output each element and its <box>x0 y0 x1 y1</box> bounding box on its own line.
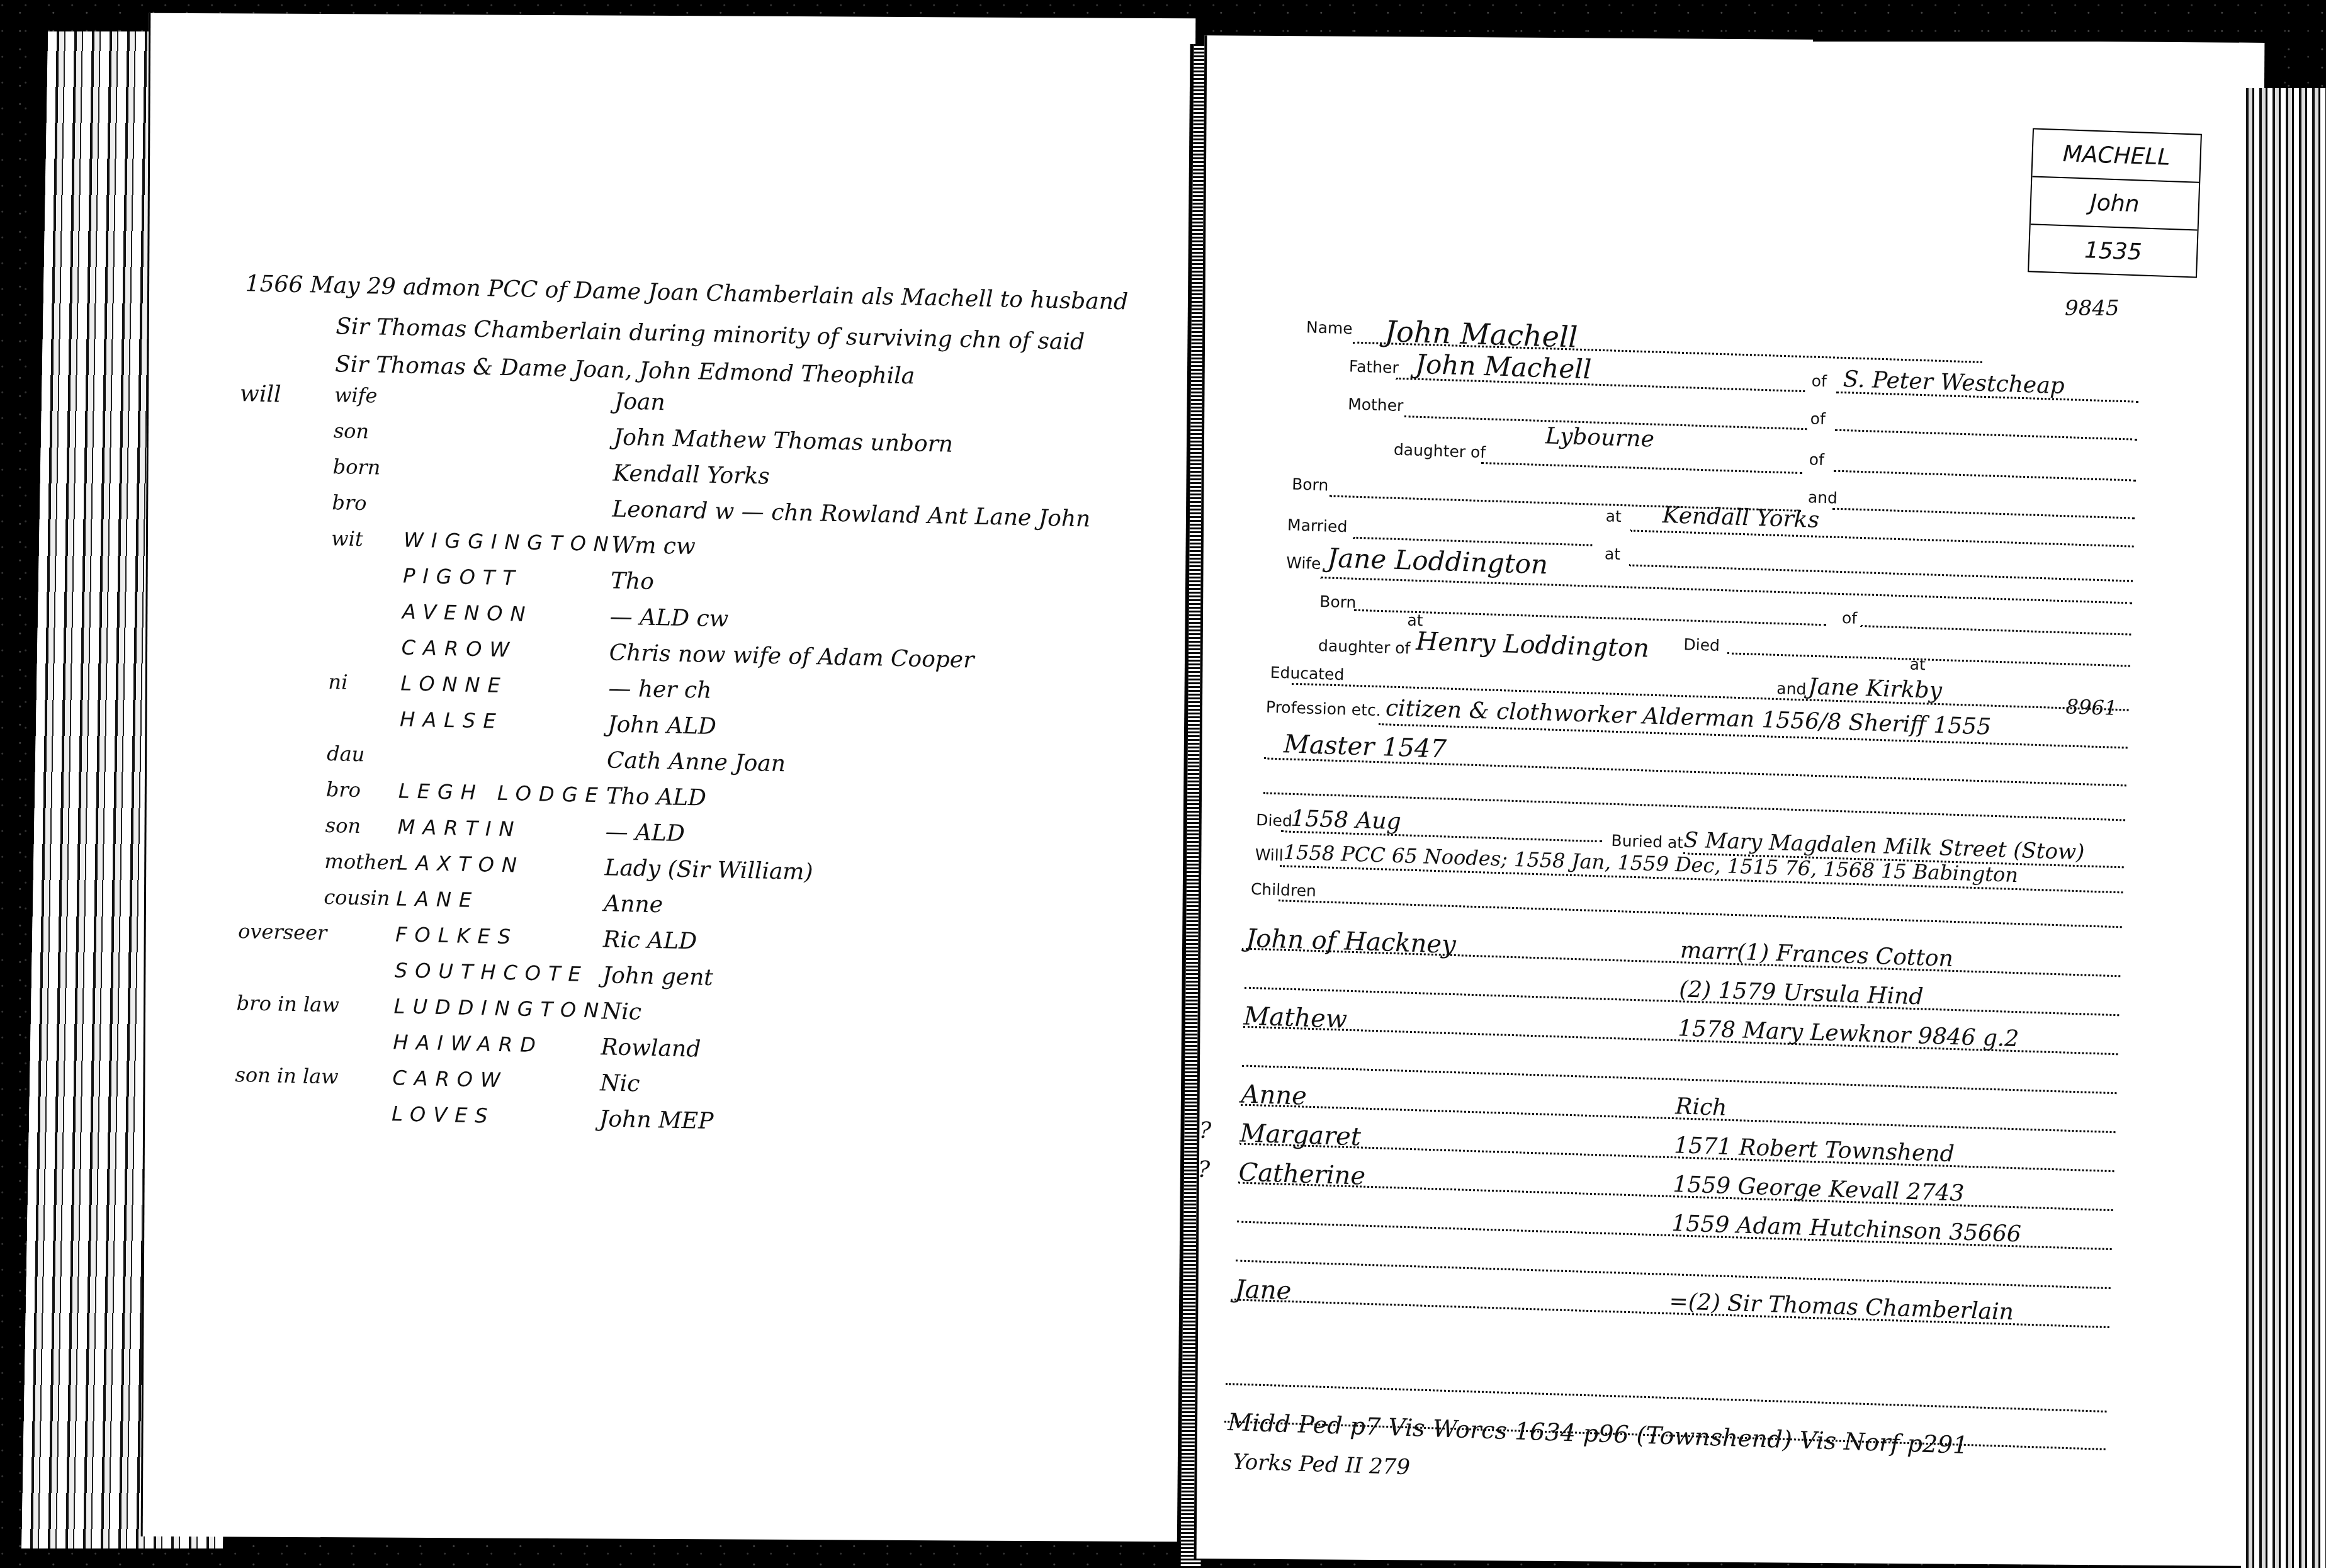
died-value: 1558 Aug <box>1290 806 1401 835</box>
mother-maiden-name: Lybourne <box>1545 423 1654 452</box>
of-label: of <box>1809 450 1824 469</box>
entry-surname: MARTIN <box>397 815 521 841</box>
child-name: Mathew <box>1243 1002 1348 1034</box>
entry-surname: WIGGINGTON <box>404 528 616 556</box>
entry-detail: Wm cw <box>611 532 696 560</box>
entry-detail: John ALD <box>607 711 717 740</box>
father-label: Father <box>1349 357 1399 376</box>
entry-surname: LEGH LODGE <box>398 779 606 807</box>
father-value: John Machell <box>1414 349 1591 385</box>
wife-label: Wife <box>1286 553 1321 573</box>
entry-surname: HALSE <box>400 708 504 733</box>
index-forename: John <box>2031 177 2199 230</box>
entry-surname: FOLKES <box>395 922 519 949</box>
born-at-value: Kendall Yorks <box>1662 502 1819 533</box>
entry-relation: cousin <box>324 885 390 910</box>
child-name: Anne <box>1241 1080 1307 1111</box>
married-label: Married <box>1287 516 1348 536</box>
entry-surname: HAIWARD <box>393 1030 543 1057</box>
entry-detail: Nic <box>600 1070 640 1097</box>
and-label: and <box>1776 679 1807 698</box>
and-label: and <box>1807 488 1838 507</box>
educated-ref: 8961 <box>2065 694 2118 720</box>
entry-relation: bro <box>326 777 361 802</box>
buried-label: Buried at <box>1611 832 1683 852</box>
child-name: Jane <box>1234 1275 1292 1306</box>
entry-relation: wife <box>334 383 378 407</box>
reference-number: 9845 <box>2065 296 2120 321</box>
name-label: Name <box>1306 318 1353 337</box>
entry-surname: LANE <box>396 886 480 912</box>
wife-born-label: Born <box>1319 592 1357 612</box>
entry-surname: AVENON <box>402 600 533 626</box>
entry-detail: Rowland <box>601 1034 701 1062</box>
child-name: Catherine <box>1238 1158 1366 1190</box>
entry-detail: Tho ALD <box>606 783 706 811</box>
page-top-edge <box>1813 39 2254 42</box>
right-page-edges <box>2241 88 2326 1568</box>
entry-detail: Ric ALD <box>603 927 697 954</box>
entry-relation: bro <box>332 490 367 515</box>
will-label: Will <box>1255 845 1284 864</box>
entry-surname: SOUTHCOTE <box>395 958 589 986</box>
entry-relation: son <box>334 419 370 443</box>
entry-detail: Lady (Sir William) <box>604 855 813 885</box>
entry-detail: John MEP <box>599 1106 714 1134</box>
wife-daughter-of-label: daughter of <box>1318 636 1411 658</box>
index-surname: MACHELL <box>2032 129 2200 183</box>
entry-relation: born <box>332 454 380 480</box>
profession-label: Profession etc. <box>1266 697 1382 719</box>
entry-surname: LAXTON <box>397 850 524 877</box>
of-label: of <box>1810 409 1826 428</box>
entry-relation: mother <box>324 849 398 874</box>
entry-detail: Kendall Yorks <box>613 461 770 490</box>
entry-detail: Cath Anne Joan <box>607 747 786 777</box>
at-label: at <box>1604 544 1620 563</box>
entry-relation: overseer <box>238 919 327 945</box>
name-value: John Machell <box>1384 314 1578 354</box>
entry-detail: — ALD <box>605 819 685 847</box>
child-uncertain-mark: ? <box>1197 1156 1211 1183</box>
entry-relation: son in law <box>235 1063 339 1088</box>
of-label: of <box>1811 371 1827 390</box>
child-name: Margaret <box>1239 1119 1362 1151</box>
entry-detail: — ALD cw <box>609 604 728 632</box>
mother-label: Mother <box>1348 395 1404 415</box>
entry-detail: Anne <box>604 891 663 918</box>
educated-and-value: Jane Kirkby <box>1808 674 1943 704</box>
entry-surname: CAROW <box>392 1066 508 1092</box>
entry-surname: LOVES <box>392 1102 495 1127</box>
at-label: at <box>1909 655 1926 674</box>
died-label: Died <box>1683 635 1720 655</box>
entry-surname: PIGOTT <box>403 564 523 590</box>
born-label: Born <box>1292 475 1329 495</box>
entry-detail: — her ch <box>608 675 712 703</box>
entry-detail: John gent <box>602 962 713 991</box>
entry-relation: ni <box>328 670 348 694</box>
entry-surname: LUDDINGTON <box>393 994 606 1022</box>
died-label: Died <box>1256 811 1292 830</box>
of-label: of <box>1841 609 1857 628</box>
entry-surname: LONNE <box>400 672 508 698</box>
at-label: at <box>1605 507 1622 526</box>
entry-relation: dau <box>327 742 365 766</box>
entry-detail: Joan <box>614 389 666 416</box>
entry-relation: bro in law <box>236 991 339 1017</box>
index-box: MACHELL John 1535 <box>2028 128 2202 278</box>
entry-detail: Tho <box>611 568 655 594</box>
entry-surname: CAROW <box>401 636 517 662</box>
entry-relation: wit <box>331 526 363 551</box>
educated-label: Educated <box>1270 663 1344 684</box>
entry-detail: Nic <box>601 998 641 1025</box>
will-label: will <box>240 381 281 407</box>
left-page <box>141 13 1196 1542</box>
index-year: 1535 <box>2029 225 2197 277</box>
children-label: Children <box>1250 880 1316 900</box>
child-spouse: Rich <box>1675 1093 1727 1121</box>
child-uncertain-mark: ? <box>1199 1117 1212 1144</box>
entry-relation: son <box>325 813 361 838</box>
daughter-of-label: daughter of <box>1394 441 1486 462</box>
